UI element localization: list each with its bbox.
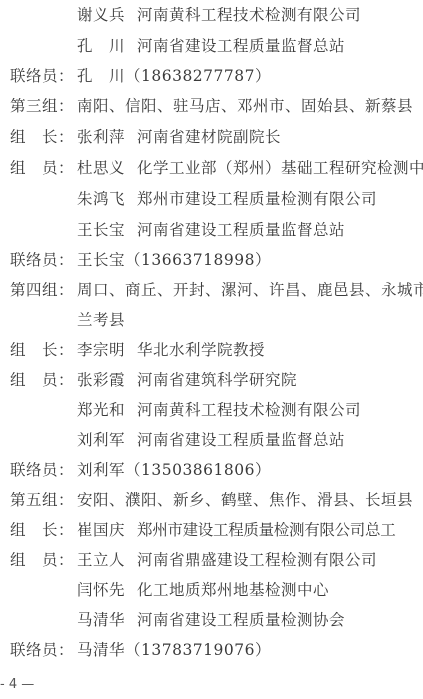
leader-name: 李宗明 bbox=[77, 339, 125, 361]
leader-org: 河南省建材院副院长 bbox=[137, 126, 281, 148]
page-number: - 4 — bbox=[0, 676, 34, 694]
member-name: 郑光和 bbox=[77, 399, 125, 421]
contact-value: 孔 川（18638277787） bbox=[77, 65, 271, 87]
contact-label: 联络员： bbox=[10, 639, 74, 661]
group-title: 第三组： bbox=[10, 95, 74, 117]
member-org: 河南省建设工程质量监督总站 bbox=[137, 219, 345, 241]
member-org: 河南黄科工程技术检测有限公司 bbox=[137, 4, 361, 26]
member-name: 王立人 bbox=[77, 549, 125, 571]
members-label: 组 员： bbox=[10, 369, 74, 391]
contact-label: 联络员： bbox=[10, 65, 74, 87]
member-org: 郑州市建设工程质量检测有限公司 bbox=[137, 188, 377, 210]
leader-label: 组 长： bbox=[10, 339, 74, 361]
leader-name: 崔国庆 bbox=[77, 519, 125, 541]
group-regions-continued: 兰考县 bbox=[77, 309, 125, 331]
member-name: 杜思义 bbox=[77, 157, 125, 179]
member-org: 河南省建设工程质量监督总站 bbox=[137, 429, 345, 451]
leader-org: 华北水利学院教授 bbox=[137, 339, 265, 361]
contact-value: 马清华（13783719076） bbox=[77, 639, 271, 661]
group-title: 第五组： bbox=[10, 489, 74, 511]
contact-label: 联络员： bbox=[10, 249, 74, 271]
contact-label: 联络员： bbox=[10, 459, 74, 481]
member-org: 河南省建设工程质量检测协会 bbox=[137, 609, 345, 631]
members-label: 组 员： bbox=[10, 549, 74, 571]
contact-value: 刘利军（13503861806） bbox=[77, 459, 271, 481]
group-regions: 南阳、信阳、驻马店、邓州市、固始县、新蔡县 bbox=[77, 95, 413, 117]
member-name: 谢义兵 bbox=[77, 4, 125, 26]
member-name: 王长宝 bbox=[77, 219, 125, 241]
member-org: 河南省建筑科学研究院 bbox=[137, 369, 297, 391]
member-name: 马清华 bbox=[77, 609, 125, 631]
member-name: 张彩霞 bbox=[77, 369, 125, 391]
contact-value: 王长宝（13663718998） bbox=[77, 249, 271, 271]
leader-org: 郑州市建设工程质量检测有限公司总工 bbox=[137, 519, 395, 541]
members-label: 组 员： bbox=[10, 157, 74, 179]
member-name: 闫怀先 bbox=[77, 579, 125, 601]
group-title: 第四组： bbox=[10, 279, 74, 301]
member-org: 河南省建设工程质量监督总站 bbox=[137, 35, 345, 57]
leader-label: 组 长： bbox=[10, 519, 74, 541]
leader-name: 张利萍 bbox=[77, 126, 125, 148]
group-regions: 安阳、濮阳、新乡、鹤壁、焦作、滑县、长垣县 bbox=[77, 489, 413, 511]
member-org: 化工地质郑州地基检测中心 bbox=[137, 579, 329, 601]
member-name: 刘利军 bbox=[77, 429, 125, 451]
member-org: 化学工业部（郑州）基础工程研究检测中心 bbox=[137, 157, 423, 179]
member-name: 孔 川 bbox=[77, 35, 125, 57]
member-org: 河南省鼎盛建设工程检测有限公司 bbox=[137, 549, 377, 571]
member-name: 朱鸿飞 bbox=[77, 188, 125, 210]
member-org: 河南黄科工程技术检测有限公司 bbox=[137, 399, 361, 421]
leader-label: 组 长： bbox=[10, 126, 74, 148]
group-regions: 周口、商丘、开封、漯河、许昌、鹿邑县、永城市、 bbox=[77, 279, 423, 301]
